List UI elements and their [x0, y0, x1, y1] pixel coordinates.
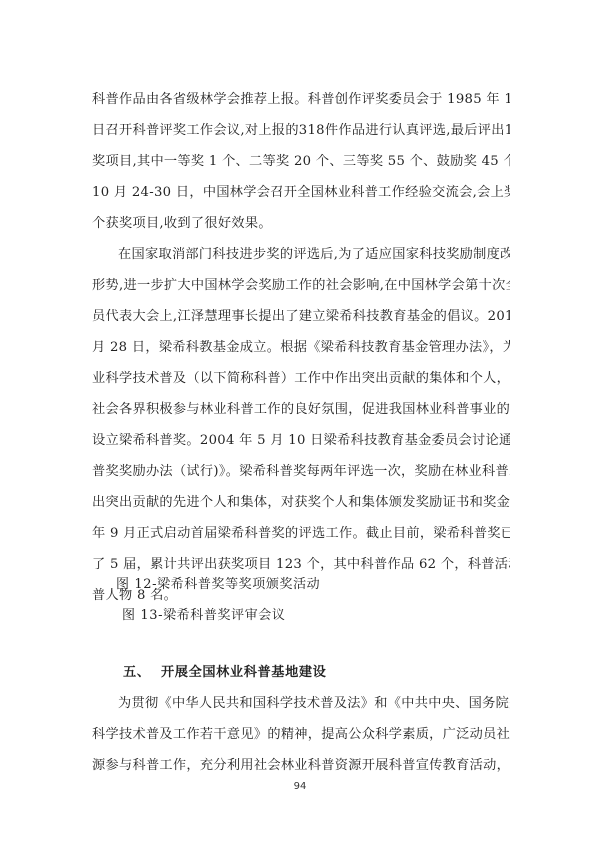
paragraph-line: 设立梁希科普奖。2004 年 5 月 10 日梁希科技教育基金委员会讨论通过《梁… — [92, 425, 510, 456]
paragraph-line: 在国家取消部门科技进步奖的评选后,为了适应国家科技奖励制度改革的新 — [92, 239, 510, 270]
paragraph-award-1985: 科普作品由各省级林学会推荐上报。科普创作评奖委员会于 1985 年 1 月 23… — [92, 84, 510, 239]
paragraph-line: 月 28 日，梁希科教基金成立。根据《梁希科技教育基金管理办法》，为表彰在林 — [92, 332, 510, 363]
section-number: 五、 — [123, 663, 161, 683]
paragraph-liangxi-award: 在国家取消部门科技进步奖的评选后,为了适应国家科技奖励制度改革的新 形势,进一步… — [92, 239, 510, 611]
paragraph-line: 年 9 月正式启动首届梁希科普奖的评选工作。截止目前，梁希科普奖已成功开展 — [92, 518, 510, 549]
paragraph-forestry-base: 为贯彻《中华人民共和国科学技术普及法》和《中共中央、国务院关于加强 科学技术普及… — [92, 688, 510, 781]
paragraph-line: 科学技术普及工作若干意见》的精神，提高公众科学素质，广泛动员社会科普资 — [92, 719, 510, 750]
section-title: 开展全国林业科普基地建设 — [161, 665, 326, 680]
paragraph-line: 普奖奖励办法（试行)》。梁希科普奖每两年评选一次，奖励在林业科普工作中作 — [92, 456, 510, 487]
document-page: 科普作品由各省级林学会推荐上报。科普创作评奖委员会于 1985 年 1 月 23… — [0, 0, 600, 848]
paragraph-line: 10 月 24-30 日，中国林学会召开全国林业科普工作经验交流会,会上奖励了 … — [92, 177, 510, 208]
paragraph-line: 形势,进一步扩大中国林学会奖励工作的社会影响,在中国林学会第十次全国会 — [92, 270, 510, 301]
paragraph-line: 个获奖项目,收到了很好效果。 — [92, 208, 510, 239]
page-number: 94 — [0, 781, 600, 792]
paragraph-line: 源参与科普工作，充分利用社会林业科普资源开展科普宣传教育活动，培养青少 — [92, 750, 510, 781]
figure-13-caption: 图 13-梁希科普奖评审会议 — [122, 606, 285, 626]
paragraph-line: 出突出贡献的先进个人和集体，对获奖个人和集体颁发奖励证书和奖金。2005 — [92, 487, 510, 518]
paragraph-line: 奖项目,其中一等奖 1 个、二等奖 20 个、三等奖 55 个、鼓励奖 45 个… — [92, 146, 510, 177]
figure-12-caption: 图 12-梁希科普奖等奖项颁奖活动 — [116, 575, 320, 595]
paragraph-line: 为贯彻《中华人民共和国科学技术普及法》和《中共中央、国务院关于加强 — [92, 688, 510, 719]
paragraph-line: 日召开科普评奖工作会议,对上报的318件作品进行认真评选,最后评出121项获 — [92, 115, 510, 146]
paragraph-line: 员代表大会上,江泽慧理事长提出了建立梁希科技教育基金的倡议。2013 年 12 — [92, 301, 510, 332]
paragraph-line: 业科学技术普及（以下简称科普）工作中作出突出贡献的集体和个人，充分调动 — [92, 363, 510, 394]
paragraph-line: 社会各界积极参与林业科普工作的良好氛围，促进我国林业科普事业的发展，特 — [92, 394, 510, 425]
section-heading: 五、开展全国林业科普基地建设 — [123, 663, 326, 683]
paragraph-line: 科普作品由各省级林学会推荐上报。科普创作评奖委员会于 1985 年 1 月 23… — [92, 84, 510, 115]
